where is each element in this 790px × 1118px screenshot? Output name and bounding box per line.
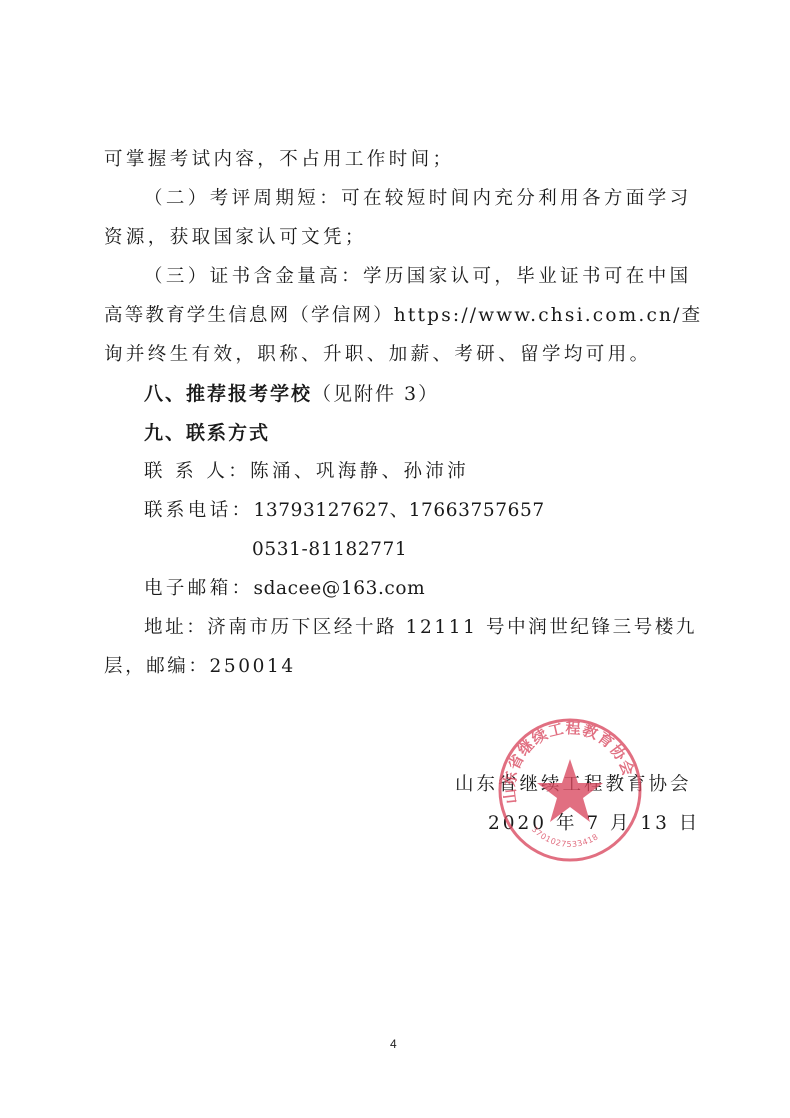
section-8-note: （见附件 3）	[312, 383, 439, 405]
contact-people-value: 陈涌、巩海静、孙沛沛	[250, 461, 469, 482]
page-number: 4	[390, 1037, 397, 1051]
item-3-end: 询并终生有效，职称、升职、加薪、考研、留学均可用。	[104, 343, 652, 367]
item-2-continuation: 资源，获取国家认可文凭；	[104, 226, 367, 250]
section-8-title: 八、推荐报考学校	[144, 383, 312, 405]
item-3-line: （三）证书含金量高：学历国家认可，毕业证书可在中国	[144, 265, 692, 289]
item-3-continuation: 高等教育学生信息网（学信网）https://www.chsi.com.cn/查	[104, 304, 702, 328]
body-line-1: 可掌握考试内容，不占用工作时间；	[104, 148, 454, 172]
contact-phone-row: 联系电话：13793127627、17663757657	[144, 499, 545, 523]
contact-people-label: 联 系 人：	[144, 461, 250, 482]
contact-phone-label: 联系电话：	[144, 500, 254, 521]
contact-email-value: sdacee@163.com	[254, 578, 426, 599]
signature-organization: 山东省继续工程教育协会	[455, 770, 692, 796]
contact-phone-value-2: 0531-81182771	[252, 538, 407, 562]
section-8-heading: 八、推荐报考学校（见附件 3）	[144, 382, 439, 406]
contact-email-label: 电子邮箱：	[144, 578, 254, 599]
signature-date: 2020 年 7 月 13 日	[488, 809, 700, 835]
section-9-heading: 九、联系方式	[144, 421, 270, 445]
contact-email-row: 电子邮箱：sdacee@163.com	[144, 577, 425, 601]
contact-address-line-2: 层，邮编：250014	[104, 655, 296, 679]
contact-address-line-1: 地址：济南市历下区经十路 12111 号中润世纪锋三号楼九	[144, 616, 697, 640]
contact-people-row: 联 系 人：陈涌、巩海静、孙沛沛	[144, 460, 469, 484]
contact-phone-value-1: 13793127627、17663757657	[254, 500, 545, 521]
item-2-line: （二）考评周期短：可在较短时间内充分利用各方面学习	[144, 187, 692, 211]
chsi-url-text: 高等教育学生信息网（学信网）https://www.chsi.com.cn/查	[104, 305, 702, 326]
